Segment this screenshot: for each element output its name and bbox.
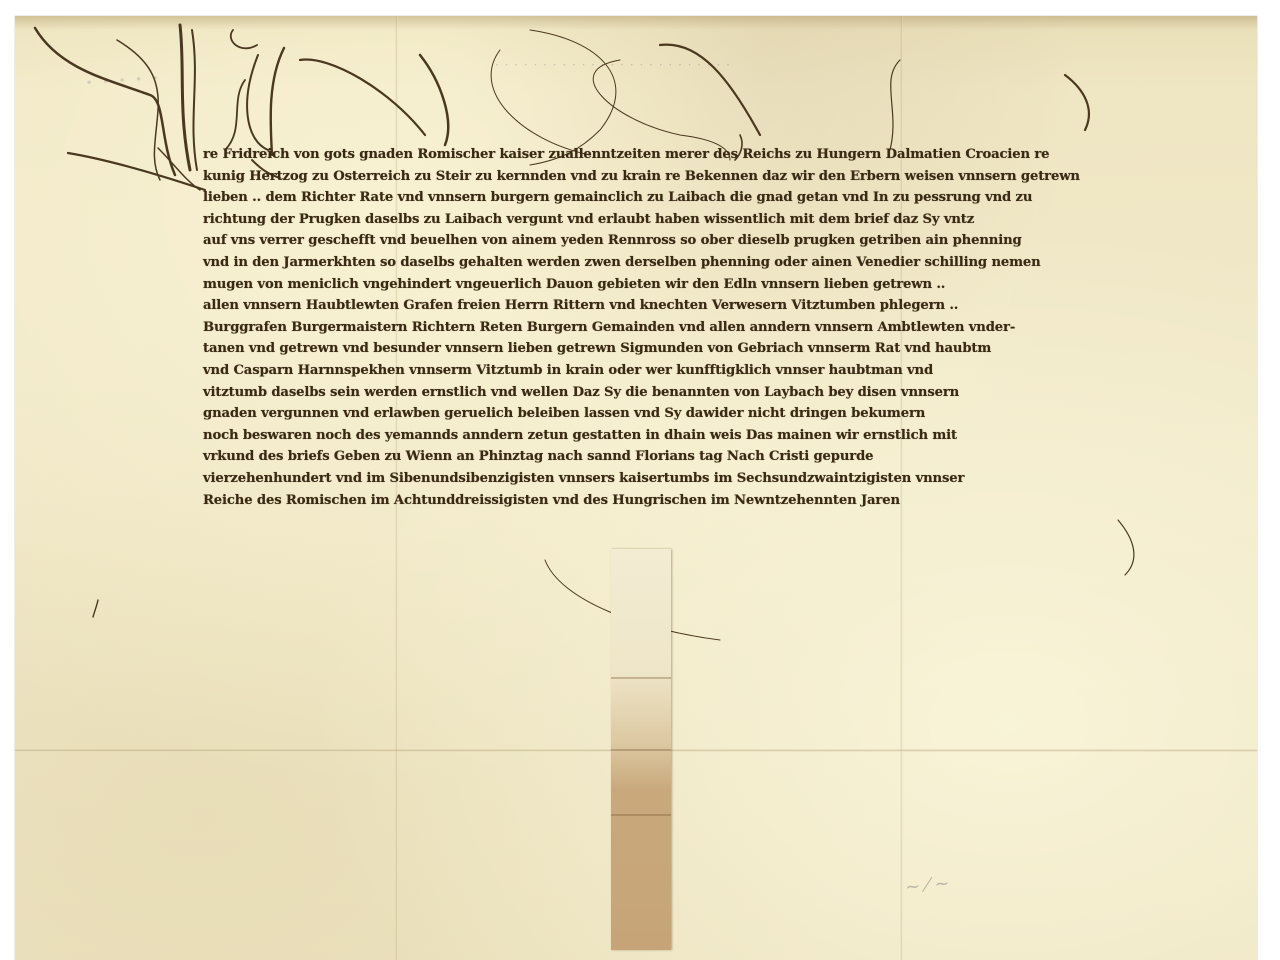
tag-crease [611, 677, 671, 679]
text-line-10: tanen vnd getrewn vnd besunder vnnsern l… [203, 338, 1143, 360]
text-line-11: vnd Casparn Harnnspekhen vnnserm Vitztum… [203, 360, 1143, 382]
shelfmark: · · · · · [84, 63, 160, 98]
seal-tag [611, 549, 671, 950]
text-line-13: gnaden vergunnen vnd erlawben geruelich … [203, 403, 1143, 425]
text-line-15: vrkund des briefs Geben zu Wienn an Phin… [203, 446, 1143, 468]
archive-note: · · · · · · · · · · · · · · · · · · · · … [495, 58, 855, 72]
charter-text: re Fridreich von gots gnaden Romischer k… [203, 144, 1143, 511]
text-line-17: Reiche des Romischen im Achtunddreissigi… [203, 490, 1143, 512]
text-line-4: richtung der Prugken daselbs zu Laibach … [203, 209, 1143, 231]
text-line-2: kunig Hertzog zu Osterreich zu Steir zu … [203, 166, 1143, 188]
text-line-9: Burggrafen Burgermaistern Richtern Reten… [203, 317, 1143, 339]
text-line-3: lieben .. dem Richter Rate vnd vnnsern b… [203, 187, 1143, 209]
text-line-14: noch beswaren noch des yemannds anndern … [203, 425, 1143, 447]
top-edge-stain [15, 16, 1257, 30]
text-line-7: mugen von meniclich vngehindert vngeuerl… [203, 274, 1143, 296]
tag-crease [611, 749, 671, 751]
archive-note-text: · · · · · · · · · · · · · · · · · · · · … [495, 58, 731, 72]
text-line-5: auf vns verrer geschefft vnd beuelhen vo… [203, 230, 1143, 252]
text-line-6: vnd in den Jarmerkhten so daselbs gehalt… [203, 252, 1143, 274]
text-line-16: vierzehenhundert vnd im Sibenundsibenzig… [203, 468, 1143, 490]
text-line-12: vitztumb daselbs sein werden ernstlich v… [203, 382, 1143, 404]
text-line-8: allen vnnsern Haubtlewten Grafen freien … [203, 295, 1143, 317]
tag-crease [611, 814, 671, 816]
text-line-1: re Fridreich von gots gnaden Romischer k… [203, 144, 1143, 166]
